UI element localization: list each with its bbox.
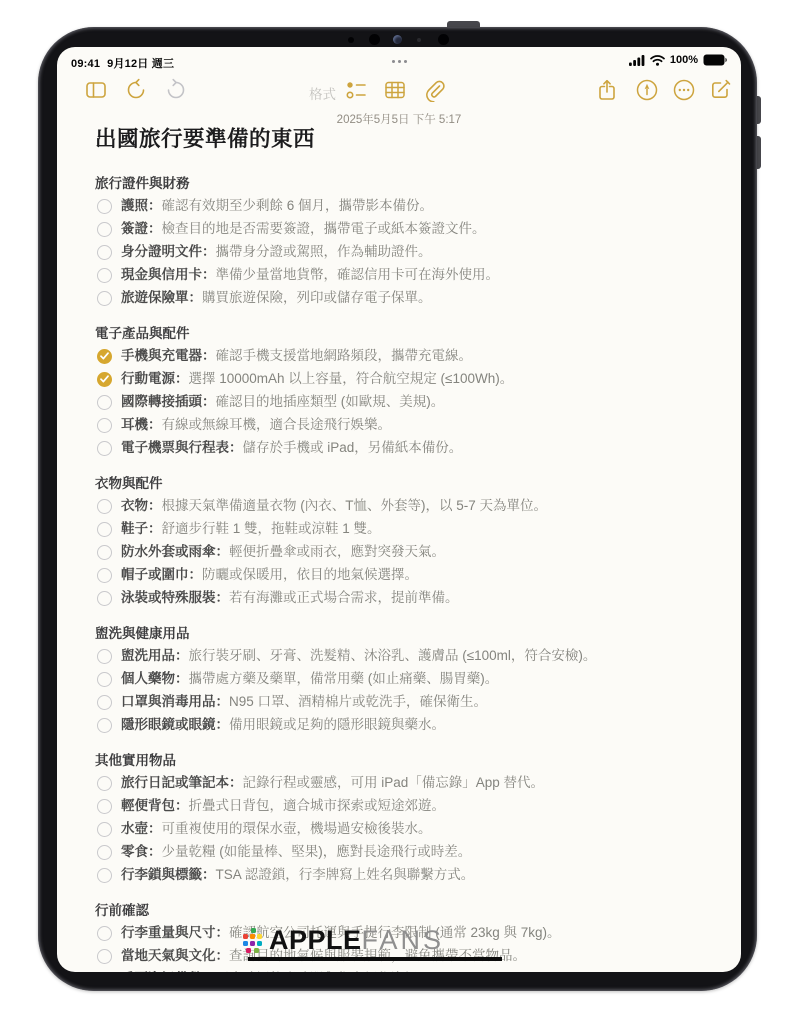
item-separator: ： <box>175 648 189 663</box>
checklist-section: 旅行證件與財務 護照：確認有效期至少剩餘 6 個月，攜帶影本備份。 簽證：檢查目… <box>95 172 721 310</box>
item-description: 折疊式日背包，適合城市探索或短途郊遊。 <box>189 798 446 813</box>
checkbox-circle[interactable] <box>97 926 112 941</box>
checklist-item[interactable]: 隱形眼鏡或眼鏡：備用眼鏡或足夠的隱形眼鏡與藥水。 <box>95 714 721 737</box>
applefans-watermark: APPLEFANS <box>240 925 444 956</box>
item-description: 舒適步行鞋 1 雙，拖鞋或涼鞋 1 雙。 <box>162 521 381 536</box>
checklist-item[interactable]: 旅行日記或筆記本：記錄行程或靈感，可用 iPad「備忘錄」App 替代。 <box>95 772 721 795</box>
item-description: 檢查目的地是否需要簽證，攜帶電子或紙本簽證文件。 <box>162 221 486 236</box>
checklist-item-text[interactable]: 手機與充電器：確認手機支援當地網路頻段，攜帶充電線。 <box>121 345 472 367</box>
checklist-item-text[interactable]: 防水外套或雨傘：輕便折疊傘或雨衣，應對突發天氣。 <box>121 541 445 563</box>
item-name: 個人藥物 <box>121 671 175 686</box>
sensor-dot <box>417 38 421 42</box>
checkbox-circle[interactable] <box>97 395 112 410</box>
more-options-button[interactable] <box>672 78 696 102</box>
item-name: 護照 <box>121 198 148 213</box>
checkbox-circle[interactable] <box>97 372 112 387</box>
item-description: 若有海灘或正式場合需求，提前準備。 <box>229 590 459 605</box>
item-separator: ： <box>175 371 189 386</box>
checklist-item[interactable]: 水壺：可重複使用的環保水壺，機場過安檢後裝水。 <box>95 818 721 841</box>
checklist-item[interactable]: 零食：少量乾糧 (如能量棒、堅果)，應對長途飛行或時差。 <box>95 841 721 864</box>
camera-lens-icon <box>438 34 449 45</box>
watermark-text-light: FANS <box>362 925 445 956</box>
checkbox-circle[interactable] <box>97 672 112 687</box>
redo-button[interactable] <box>164 78 188 102</box>
item-separator: ： <box>189 290 203 305</box>
item-separator: ： <box>175 798 189 813</box>
checklist-item-text[interactable]: 行李鎖與標籤：TSA 認證鎖，行李牌寫上姓名與聯繫方式。 <box>121 864 474 886</box>
item-description: 少量乾糧 (如能量棒、堅果)，應對長途飛行或時差。 <box>162 844 472 859</box>
item-name: 隱形眼鏡或眼鏡 <box>121 717 216 732</box>
checklist-item[interactable]: 個人藥物：攜帶處方藥及藥單，備常用藥 (如止痛藥、腸胃藥)。 <box>95 668 721 691</box>
item-description: 記錄行程或靈感，可用 iPad「備忘錄」App 替代。 <box>243 775 545 790</box>
item-separator: ： <box>202 971 216 972</box>
item-separator: ： <box>216 925 230 940</box>
item-name: 簽證 <box>121 221 148 236</box>
checkbox-circle[interactable] <box>97 718 112 733</box>
watermark-underline <box>248 957 502 961</box>
checklist-item[interactable]: 耳機：有線或無線耳機，適合長途飛行娛樂。 <box>95 414 721 437</box>
item-separator: ： <box>202 348 216 363</box>
checklist-item-text[interactable]: 盥洗用品：旅行裝牙刷、牙膏、洗髮精、沐浴乳、護膚品 (≤100ml，符合安檢)。 <box>121 645 596 667</box>
checkbox-circle[interactable] <box>97 418 112 433</box>
item-name: 旅遊保險單 <box>121 290 189 305</box>
item-description: 可重複使用的環保水壺，機場過安檢後裝水。 <box>162 821 432 836</box>
checklist-section: 衣物與配件 衣物：根據天氣準備適量衣物 (內衣、T恤、外套等)，以 5-7 天為… <box>95 472 721 610</box>
checklist-section: 其他實用物品 旅行日記或筆記本：記錄行程或靈感，可用 iPad「備忘錄」App … <box>95 749 721 887</box>
checklist-item-text[interactable]: 零食：少量乾糧 (如能量棒、堅果)，應對長途飛行或時差。 <box>121 841 471 863</box>
checklist-item[interactable]: 防水外套或雨傘：輕便折疊傘或雨衣，應對突發天氣。 <box>95 541 721 564</box>
item-name: 國際轉接插頭 <box>121 394 202 409</box>
checklist-item-text[interactable]: 泳裝或特殊服裝：若有海灘或正式場合需求，提前準備。 <box>121 587 459 609</box>
checklist-item-text[interactable]: 水壺：可重複使用的環保水壺，機場過安檢後裝水。 <box>121 818 432 840</box>
item-description: 攜帶身分證或駕照，作為輔助證件。 <box>216 244 432 259</box>
checklist-item[interactable]: 口罩與消毒用品：N95 口罩、酒精棉片或乾洗手，確保衛生。 <box>95 691 721 714</box>
watermark-text-bold: APPLE <box>269 925 362 956</box>
item-description: 防曬或保暖用，依目的地氣候選擇。 <box>202 567 418 582</box>
checkbox-circle[interactable] <box>97 349 112 364</box>
item-separator: ： <box>148 821 162 836</box>
item-separator: ： <box>202 267 216 282</box>
checkbox-circle[interactable] <box>97 591 112 606</box>
checklist-item-text[interactable]: 耳機：有線或無線耳機，適合長途飛行娛樂。 <box>121 414 391 436</box>
item-name: 手機與充電器 <box>121 348 202 363</box>
checklist-item-text[interactable]: 旅行日記或筆記本：記錄行程或靈感，可用 iPad「備忘錄」App 替代。 <box>121 772 544 794</box>
table-button[interactable] <box>383 78 407 102</box>
item-name: 旅行日記或筆記本 <box>121 775 229 790</box>
item-name: 衣物 <box>121 498 148 513</box>
markup-pen-button[interactable] <box>635 78 659 102</box>
checklist-section: 盥洗與健康用品 盥洗用品：旅行裝牙刷、牙膏、洗髮精、沐浴乳、護膚品 (≤100m… <box>95 622 721 737</box>
applefans-logo-icon <box>240 928 266 954</box>
status-bar-right: 100% <box>629 54 728 66</box>
checklist-item-text[interactable]: 現金與信用卡：準備少量當地貨幣，確認信用卡可在海外使用。 <box>121 264 499 286</box>
checkbox-circle[interactable] <box>97 499 112 514</box>
checklist-button[interactable] <box>344 78 368 102</box>
item-name: 身分證明文件 <box>121 244 202 259</box>
checkbox-circle[interactable] <box>97 845 112 860</box>
checkbox-circle[interactable] <box>97 522 112 537</box>
checkbox-circle[interactable] <box>97 799 112 814</box>
item-description: 攜帶處方藥及藥單，備常用藥 (如止痛藥、腸胃藥)。 <box>189 671 499 686</box>
item-name: 現金與信用卡 <box>121 267 202 282</box>
item-separator: ： <box>175 671 189 686</box>
item-description: 有線或無線耳機，適合長途飛行娛樂。 <box>162 417 392 432</box>
item-description: 購買旅遊保險，列印或儲存電子保單。 <box>202 290 432 305</box>
camera-lens-icon <box>369 34 380 45</box>
item-name: 口罩與消毒用品 <box>121 694 216 709</box>
checkbox-circle[interactable] <box>97 245 112 260</box>
checklist-item-text[interactable]: 個人藥物：攜帶處方藥及藥單，備常用藥 (如止痛藥、腸胃藥)。 <box>121 668 498 690</box>
item-description: 確認目的地插座類型 (如歐規、美規)。 <box>216 394 445 409</box>
checklist-item[interactable]: 電子機票與行程表：儲存於手機或 iPad，另備紙本備份。 <box>95 437 721 460</box>
item-separator: ： <box>148 498 162 513</box>
item-description: 選擇 10000mAh 以上容量，符合航空規定 (≤100Wh)。 <box>189 371 514 386</box>
undo-button[interactable] <box>124 78 148 102</box>
item-name: 鞋子 <box>121 521 148 536</box>
item-separator: ： <box>216 590 230 605</box>
checkbox-circle[interactable] <box>97 822 112 837</box>
checkbox-circle[interactable] <box>97 222 112 237</box>
checklist-item-text[interactable]: 行動電源：選擇 10000mAh 以上容量，符合航空規定 (≤100Wh)。 <box>121 368 513 390</box>
compose-new-note-button[interactable] <box>708 78 732 102</box>
item-name: 行李重量與尺寸 <box>121 925 216 940</box>
share-button[interactable] <box>595 78 619 102</box>
item-separator: ： <box>229 775 243 790</box>
item-separator: ： <box>216 717 230 732</box>
battery-icon <box>703 54 728 66</box>
item-description: 旅行裝牙刷、牙膏、洗髮精、沐浴乳、護膚品 (≤100ml，符合安檢)。 <box>189 648 597 663</box>
item-name: 零食 <box>121 844 148 859</box>
item-separator: ： <box>202 244 216 259</box>
checklist-item[interactable]: 行李鎖與標籤：TSA 認證鎖，行李牌寫上姓名與聯繫方式。 <box>95 864 721 887</box>
checklist-item[interactable]: 身分證明文件：攜帶身分證或駕照，作為輔助證件。 <box>95 241 721 264</box>
checklist-item[interactable]: 盥洗用品：旅行裝牙刷、牙膏、洗髮精、沐浴乳、護膚品 (≤100ml，符合安檢)。 <box>95 645 721 668</box>
item-separator: ： <box>148 198 162 213</box>
checklist-item-text[interactable]: 旅遊保險單：購買旅遊保險，列印或儲存電子保單。 <box>121 287 432 309</box>
item-name: 泳裝或特殊服裝 <box>121 590 216 605</box>
item-description: 確認手機支援當地網路頻段，攜帶充電線。 <box>216 348 473 363</box>
item-description: 再次確認航班時間與住宿訂位資訊。 <box>216 971 432 972</box>
item-separator: ： <box>216 694 230 709</box>
section-header[interactable]: 行前確認 <box>95 899 721 922</box>
checkbox-circle[interactable] <box>97 776 112 791</box>
checklist-item-text[interactable]: 鞋子：舒適步行鞋 1 雙，拖鞋或涼鞋 1 雙。 <box>121 518 381 540</box>
checkbox-circle[interactable] <box>97 949 112 964</box>
checkbox-circle[interactable] <box>97 868 112 883</box>
checkbox-circle[interactable] <box>97 568 112 583</box>
item-name: 盥洗用品 <box>121 648 175 663</box>
note-body[interactable]: 旅行證件與財務 護照：確認有效期至少剩餘 6 個月，攜帶影本備份。 簽證：檢查目… <box>95 172 721 972</box>
item-description: N95 口罩、酒精棉片或乾洗手，確保衛生。 <box>229 694 487 709</box>
checkbox-circle[interactable] <box>97 649 112 664</box>
checklist-item-text[interactable]: 簽證：檢查目的地是否需要簽證，攜帶電子或紙本簽證文件。 <box>121 218 486 240</box>
item-name: 行李鎖與標籤 <box>121 867 202 882</box>
section-header[interactable]: 盥洗與健康用品 <box>95 622 721 645</box>
note-title[interactable]: 出國旅行要準備的東西 <box>95 122 315 153</box>
sidebar-toggle-button[interactable] <box>84 78 108 102</box>
item-separator: ： <box>189 567 203 582</box>
section-header[interactable]: 衣物與配件 <box>95 472 721 495</box>
cellular-signal-icon <box>629 55 645 66</box>
checkbox-circle[interactable] <box>97 291 112 306</box>
format-button[interactable]: 格式 <box>309 83 336 103</box>
wifi-icon <box>650 55 665 66</box>
section-header[interactable]: 旅行證件與財務 <box>95 172 721 195</box>
item-name: 輕便背包 <box>121 798 175 813</box>
checklist-item[interactable]: 簽證：檢查目的地是否需要簽證，攜帶電子或紙本簽證文件。 <box>95 218 721 241</box>
checklist-item-text[interactable]: 隱形眼鏡或眼鏡：備用眼鏡或足夠的隱形眼鏡與藥水。 <box>121 714 445 736</box>
section-header[interactable]: 其他實用物品 <box>95 749 721 772</box>
checklist-item-text[interactable]: 輕便背包：折疊式日背包，適合城市探索或短途郊遊。 <box>121 795 445 817</box>
checklist-item-text[interactable]: 護照：確認有效期至少剩餘 6 個月，攜帶影本備份。 <box>121 195 433 217</box>
section-header[interactable]: 電子產品與配件 <box>95 322 721 345</box>
item-separator: ： <box>202 867 216 882</box>
item-separator: ： <box>229 440 243 455</box>
item-name: 行動電源 <box>121 371 175 386</box>
checklist-item-text[interactable]: 重要資訊備份：再次確認航班時間與住宿訂位資訊。 <box>121 968 432 972</box>
checklist-item[interactable]: 帽子或圍巾：防曬或保暖用，依目的地氣候選擇。 <box>95 564 721 587</box>
ipad-screen: 09:419月12日 週三 100% <box>57 47 741 972</box>
item-separator: ： <box>148 417 162 432</box>
checkbox-circle[interactable] <box>97 972 112 973</box>
attachment-paperclip-button[interactable] <box>423 78 447 102</box>
item-separator: ： <box>202 394 216 409</box>
item-separator: ： <box>148 221 162 236</box>
checklist-item[interactable]: 護照：確認有效期至少剩餘 6 個月，攜帶影本備份。 <box>95 195 721 218</box>
checklist-item[interactable]: 國際轉接插頭：確認目的地插座類型 (如歐規、美規)。 <box>95 391 721 414</box>
checklist-item[interactable]: 重要資訊備份：再次確認航班時間與住宿訂位資訊。 <box>95 968 721 972</box>
checklist-item[interactable]: 鞋子：舒適步行鞋 1 雙，拖鞋或涼鞋 1 雙。 <box>95 518 721 541</box>
item-name: 耳機 <box>121 417 148 432</box>
checklist-item-text[interactable]: 衣物：根據天氣準備適量衣物 (內衣、T恤、外套等)，以 5-7 天為單位。 <box>121 495 547 517</box>
checklist-item[interactable]: 衣物：根據天氣準備適量衣物 (內衣、T恤、外套等)，以 5-7 天為單位。 <box>95 495 721 518</box>
item-name: 電子機票與行程表 <box>121 440 229 455</box>
item-name: 帽子或圍巾 <box>121 567 189 582</box>
item-description: 輕便折疊傘或雨衣，應對突發天氣。 <box>229 544 445 559</box>
item-description: 準備少量當地貨幣，確認信用卡可在海外使用。 <box>216 267 500 282</box>
checklist-item-text[interactable]: 國際轉接插頭：確認目的地插座類型 (如歐規、美規)。 <box>121 391 444 413</box>
page: 09:419月12日 週三 100% <box>0 0 795 1024</box>
item-description: 備用眼鏡或足夠的隱形眼鏡與藥水。 <box>229 717 445 732</box>
checklist-item[interactable]: 現金與信用卡：準備少量當地貨幣，確認信用卡可在海外使用。 <box>95 264 721 287</box>
checklist-item-text[interactable]: 身分證明文件：攜帶身分證或駕照，作為輔助證件。 <box>121 241 432 263</box>
item-name: 重要資訊備份 <box>121 971 202 972</box>
item-separator: ： <box>148 521 162 536</box>
item-description: 儲存於手機或 iPad，另備紙本備份。 <box>243 440 463 455</box>
checklist-item[interactable]: 輕便背包：折疊式日背包，適合城市探索或短途郊遊。 <box>95 795 721 818</box>
checkbox-circle[interactable] <box>97 199 112 214</box>
front-camera-cluster <box>38 33 757 45</box>
checklist-section: 電子產品與配件 手機與充電器：確認手機支援當地網路頻段，攜帶充電線。 行動電源：… <box>95 322 721 460</box>
item-description: 根據天氣準備適量衣物 (內衣、T恤、外套等)，以 5-7 天為單位。 <box>162 498 548 513</box>
checkbox-circle[interactable] <box>97 695 112 710</box>
checklist-item-text[interactable]: 帽子或圍巾：防曬或保暖用，依目的地氣候選擇。 <box>121 564 418 586</box>
checklist-item[interactable]: 旅遊保險單：購買旅遊保險，列印或儲存電子保單。 <box>95 287 721 310</box>
checklist-item-text[interactable]: 口罩與消毒用品：N95 口罩、酒精棉片或乾洗手，確保衛生。 <box>121 691 487 713</box>
ipad-frame: 09:419月12日 週三 100% <box>38 27 757 991</box>
item-name: 當地天氣與文化 <box>121 948 216 963</box>
checkbox-circle[interactable] <box>97 441 112 456</box>
checklist-item[interactable]: 行動電源：選擇 10000mAh 以上容量，符合航空規定 (≤100Wh)。 <box>95 368 721 391</box>
checklist-item[interactable]: 泳裝或特殊服裝：若有海灘或正式場合需求，提前準備。 <box>95 587 721 610</box>
front-camera-icon <box>393 35 402 44</box>
item-name: 防水外套或雨傘 <box>121 544 216 559</box>
item-description: TSA 認證鎖，行李牌寫上姓名與聯繫方式。 <box>216 867 475 882</box>
item-separator: ： <box>216 544 230 559</box>
checklist-item[interactable]: 手機與充電器：確認手機支援當地網路頻段，攜帶充電線。 <box>95 345 721 368</box>
checkbox-circle[interactable] <box>97 268 112 283</box>
battery-percent: 100% <box>670 54 698 66</box>
checklist-item-text[interactable]: 電子機票與行程表：儲存於手機或 iPad，另備紙本備份。 <box>121 437 462 459</box>
item-name: 水壺 <box>121 821 148 836</box>
status-bar-left: 09:419月12日 週三 <box>71 55 174 71</box>
checkbox-circle[interactable] <box>97 545 112 560</box>
item-separator: ： <box>216 948 230 963</box>
item-separator: ： <box>148 844 162 859</box>
sensor-dot <box>348 37 354 43</box>
item-description: 確認有效期至少剩餘 6 個月，攜帶影本備份。 <box>162 198 434 213</box>
